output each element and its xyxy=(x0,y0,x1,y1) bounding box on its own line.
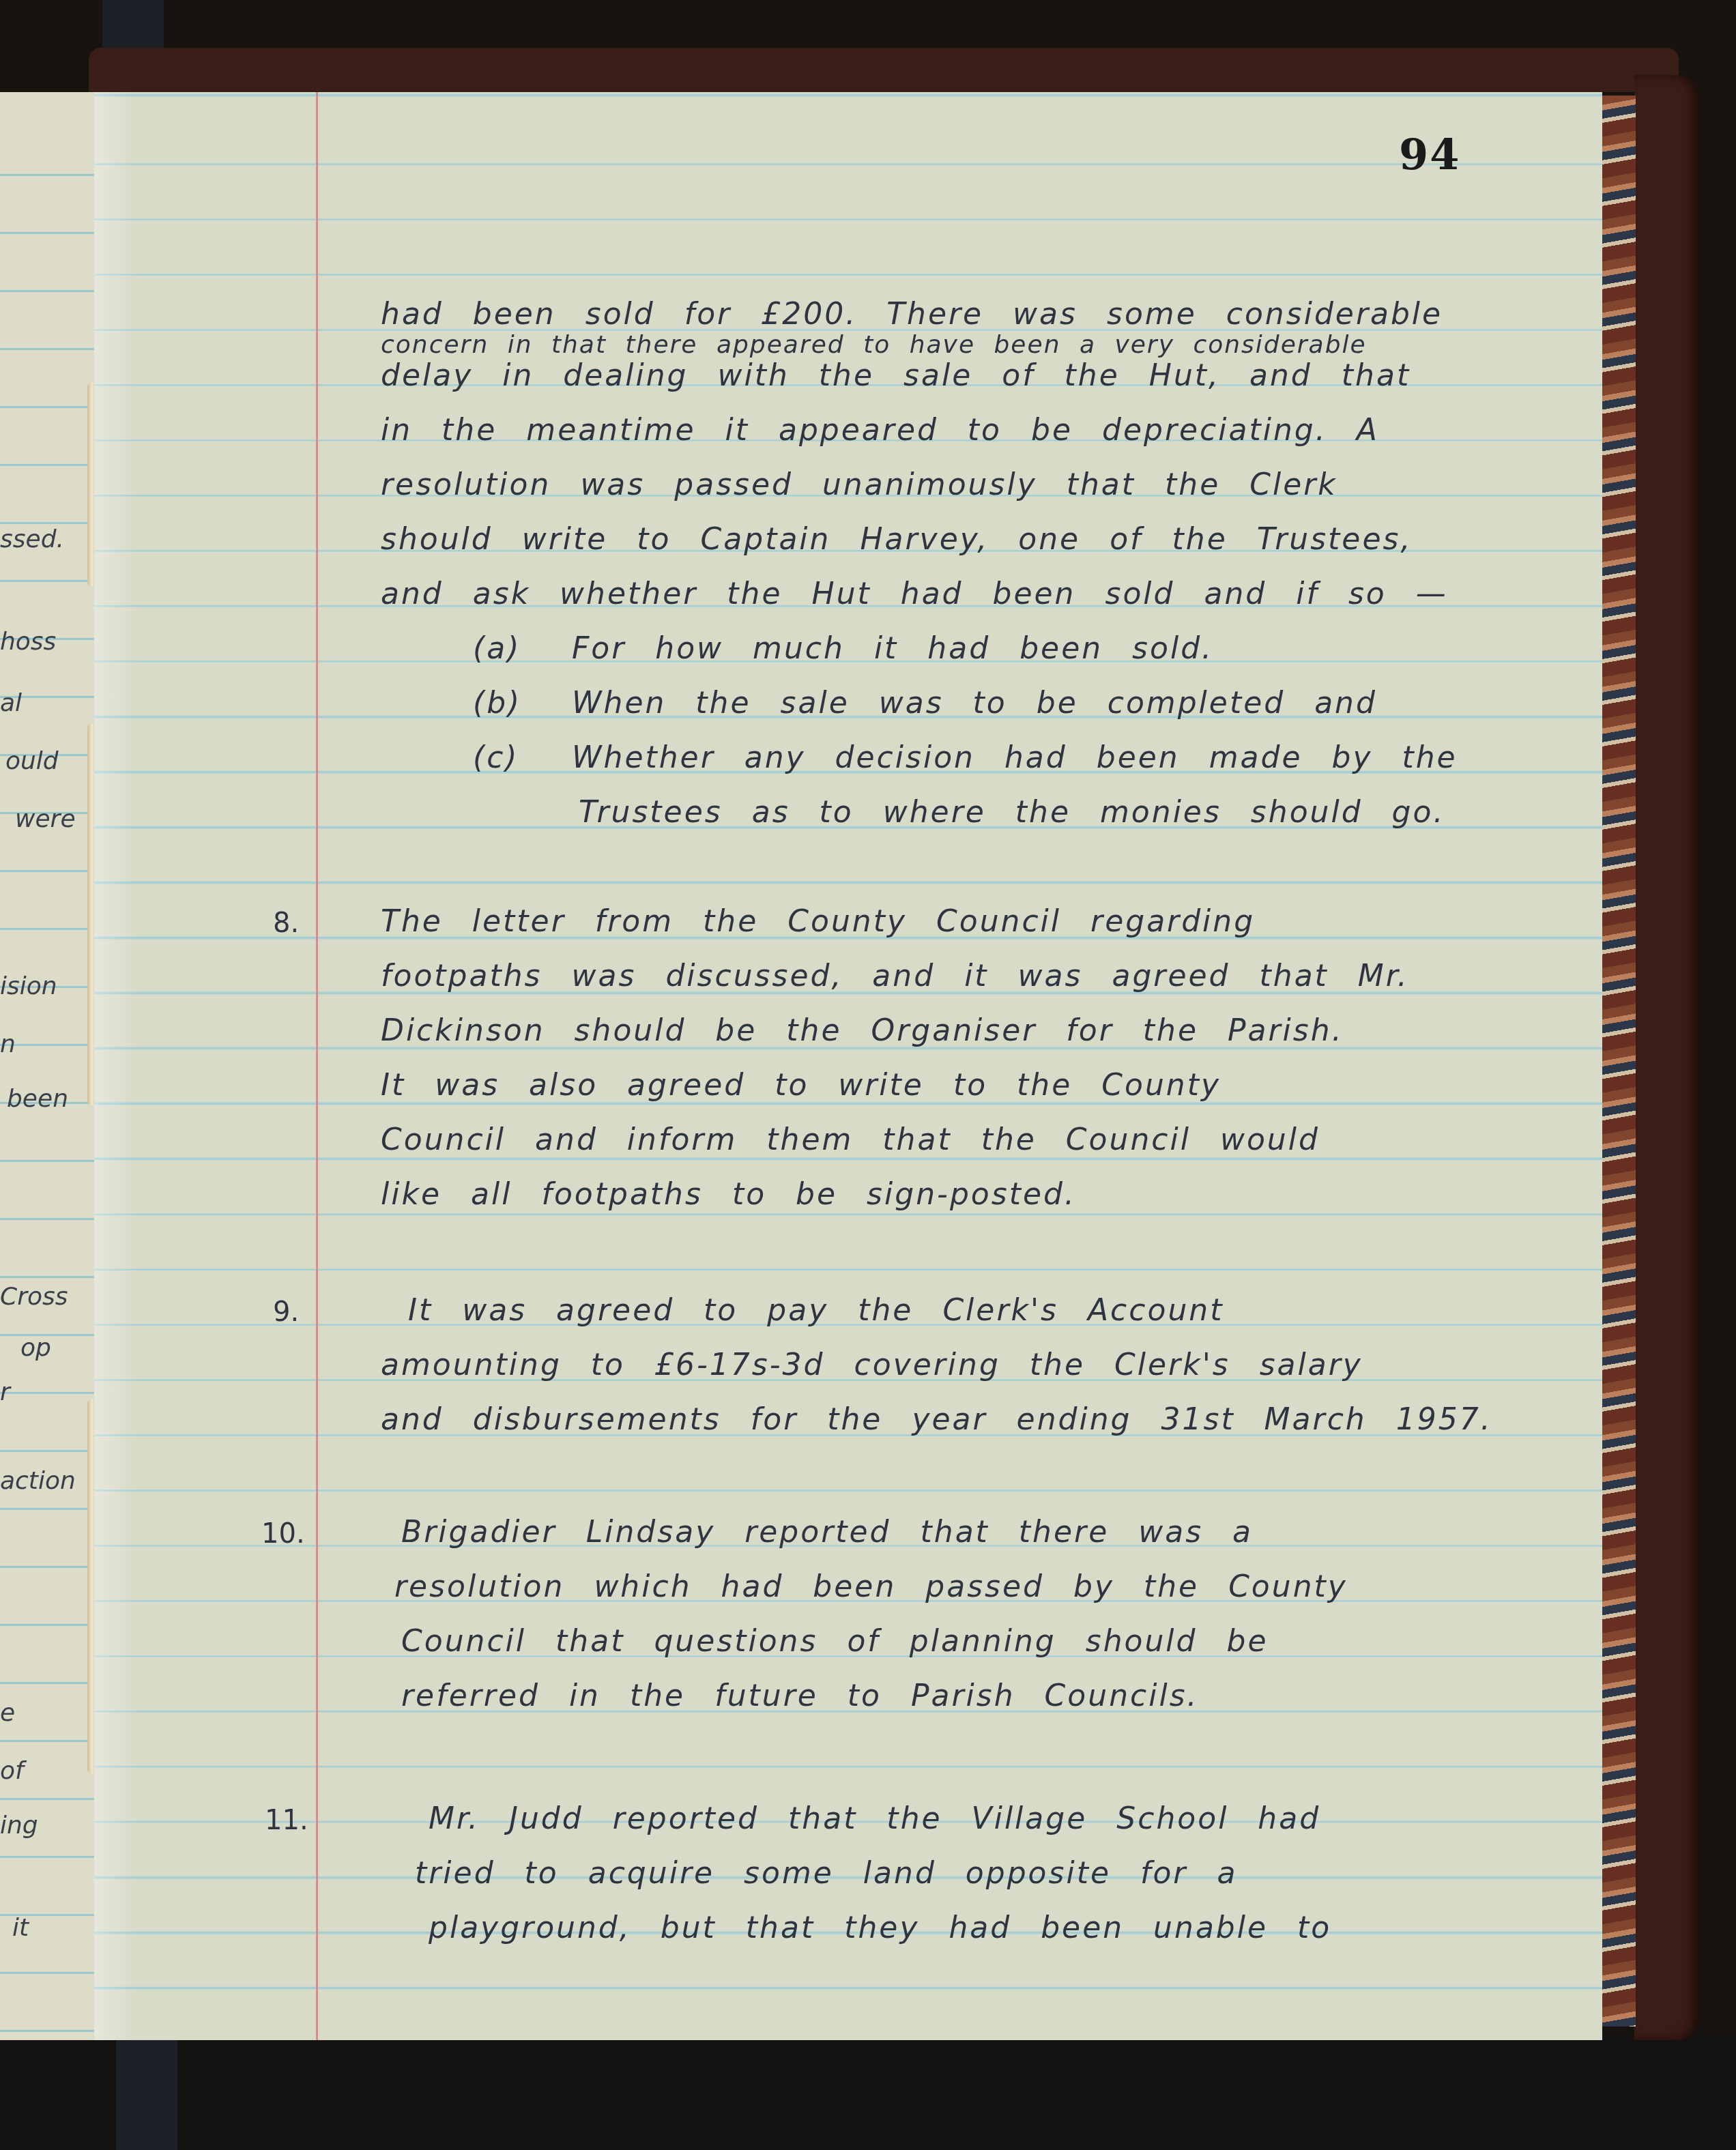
text-line: Dickinson should be the Organiser for th… xyxy=(381,1013,1344,1048)
text-line: had been sold for £200. There was some c… xyxy=(381,297,1443,332)
sub-item-text: When the sale was to be completed and xyxy=(572,686,1377,721)
margin-rule xyxy=(316,92,318,2040)
left-fragment: been xyxy=(7,1085,68,1113)
text-line: and ask whether the Hut had been sold an… xyxy=(381,577,1448,611)
text-line: Council and inform them that the Council… xyxy=(381,1122,1320,1157)
text-line: amounting to £6-17s-3d covering the Cler… xyxy=(381,1348,1363,1382)
left-fragment: it xyxy=(12,1914,29,1942)
book-cover-right-edge xyxy=(1634,75,1699,2040)
text-line: footpaths was discussed, and it was agre… xyxy=(381,959,1409,993)
book-cover-top-edge xyxy=(89,48,1679,92)
left-page: ssed. hoss al ould were ision n been Cro… xyxy=(0,92,94,2040)
text-line: The letter from the County Council regar… xyxy=(381,904,1255,939)
sub-item-label: (c) xyxy=(473,740,519,775)
text-line: resolution which had been passed by the … xyxy=(394,1569,1348,1604)
text-line: referred in the future to Parish Council… xyxy=(401,1679,1199,1713)
left-fragment: ing xyxy=(0,1812,38,1840)
text-line: It was also agreed to write to the Count… xyxy=(381,1068,1221,1103)
sub-item-label: (b) xyxy=(473,686,521,721)
text-line: It was agreed to pay the Clerk's Account xyxy=(408,1293,1224,1328)
text-line: and disbursements for the year ending 31… xyxy=(381,1402,1492,1437)
left-fragment: op xyxy=(20,1334,51,1362)
text-line: should write to Captain Harvey, one of t… xyxy=(381,522,1412,557)
item-number: 9. xyxy=(273,1296,299,1328)
text-line: Mr. Judd reported that the Village Schoo… xyxy=(429,1801,1320,1836)
right-page: 94 had been sold for £200. There was som… xyxy=(94,92,1602,2040)
left-fragment: ssed. xyxy=(0,525,64,553)
text-line: Brigadier Lindsay reported that there wa… xyxy=(401,1515,1253,1550)
text-line: Council that questions of planning shoul… xyxy=(401,1624,1268,1659)
marbled-page-edges xyxy=(1600,96,1636,2026)
left-fragment: r xyxy=(0,1378,10,1406)
left-fragment: hoss xyxy=(0,628,56,656)
background-bottom xyxy=(0,2037,1736,2150)
sub-item-text: Whether any decision had been made by th… xyxy=(572,740,1458,775)
text-line: playground, but that they had been unabl… xyxy=(429,1911,1331,1945)
left-fragment: ould xyxy=(5,747,59,775)
left-fragment: n xyxy=(0,1030,16,1058)
text-line: resolution was passed unanimously that t… xyxy=(381,467,1337,502)
text-line: tried to acquire some land opposite for … xyxy=(415,1856,1237,1891)
left-fragment: of xyxy=(0,1757,24,1785)
page-number: 94 xyxy=(1399,130,1460,179)
book-spine-bottom xyxy=(116,2040,177,2150)
left-fragment: al xyxy=(0,689,22,717)
text-line: in the meantime it appeared to be deprec… xyxy=(381,413,1379,448)
left-fragment: e xyxy=(0,1699,15,1727)
text-line: Trustees as to where the monies should g… xyxy=(579,795,1445,830)
left-fragment: ision xyxy=(0,972,57,1000)
left-fragment: were xyxy=(15,805,76,833)
left-fragment: Cross xyxy=(0,1283,68,1311)
text-line: concern in that there appeared to have b… xyxy=(381,331,1367,359)
sub-item-label: (a) xyxy=(473,631,521,666)
left-fragment: action xyxy=(0,1467,76,1495)
item-number: 11. xyxy=(265,1805,308,1836)
text-line: delay in dealing with the sale of the Hu… xyxy=(381,358,1410,393)
sub-item-text: For how much it had been sold. xyxy=(572,631,1213,666)
text-line: like all footpaths to be sign-posted. xyxy=(381,1177,1076,1212)
item-number: 10. xyxy=(261,1518,305,1550)
item-number: 8. xyxy=(273,907,299,939)
